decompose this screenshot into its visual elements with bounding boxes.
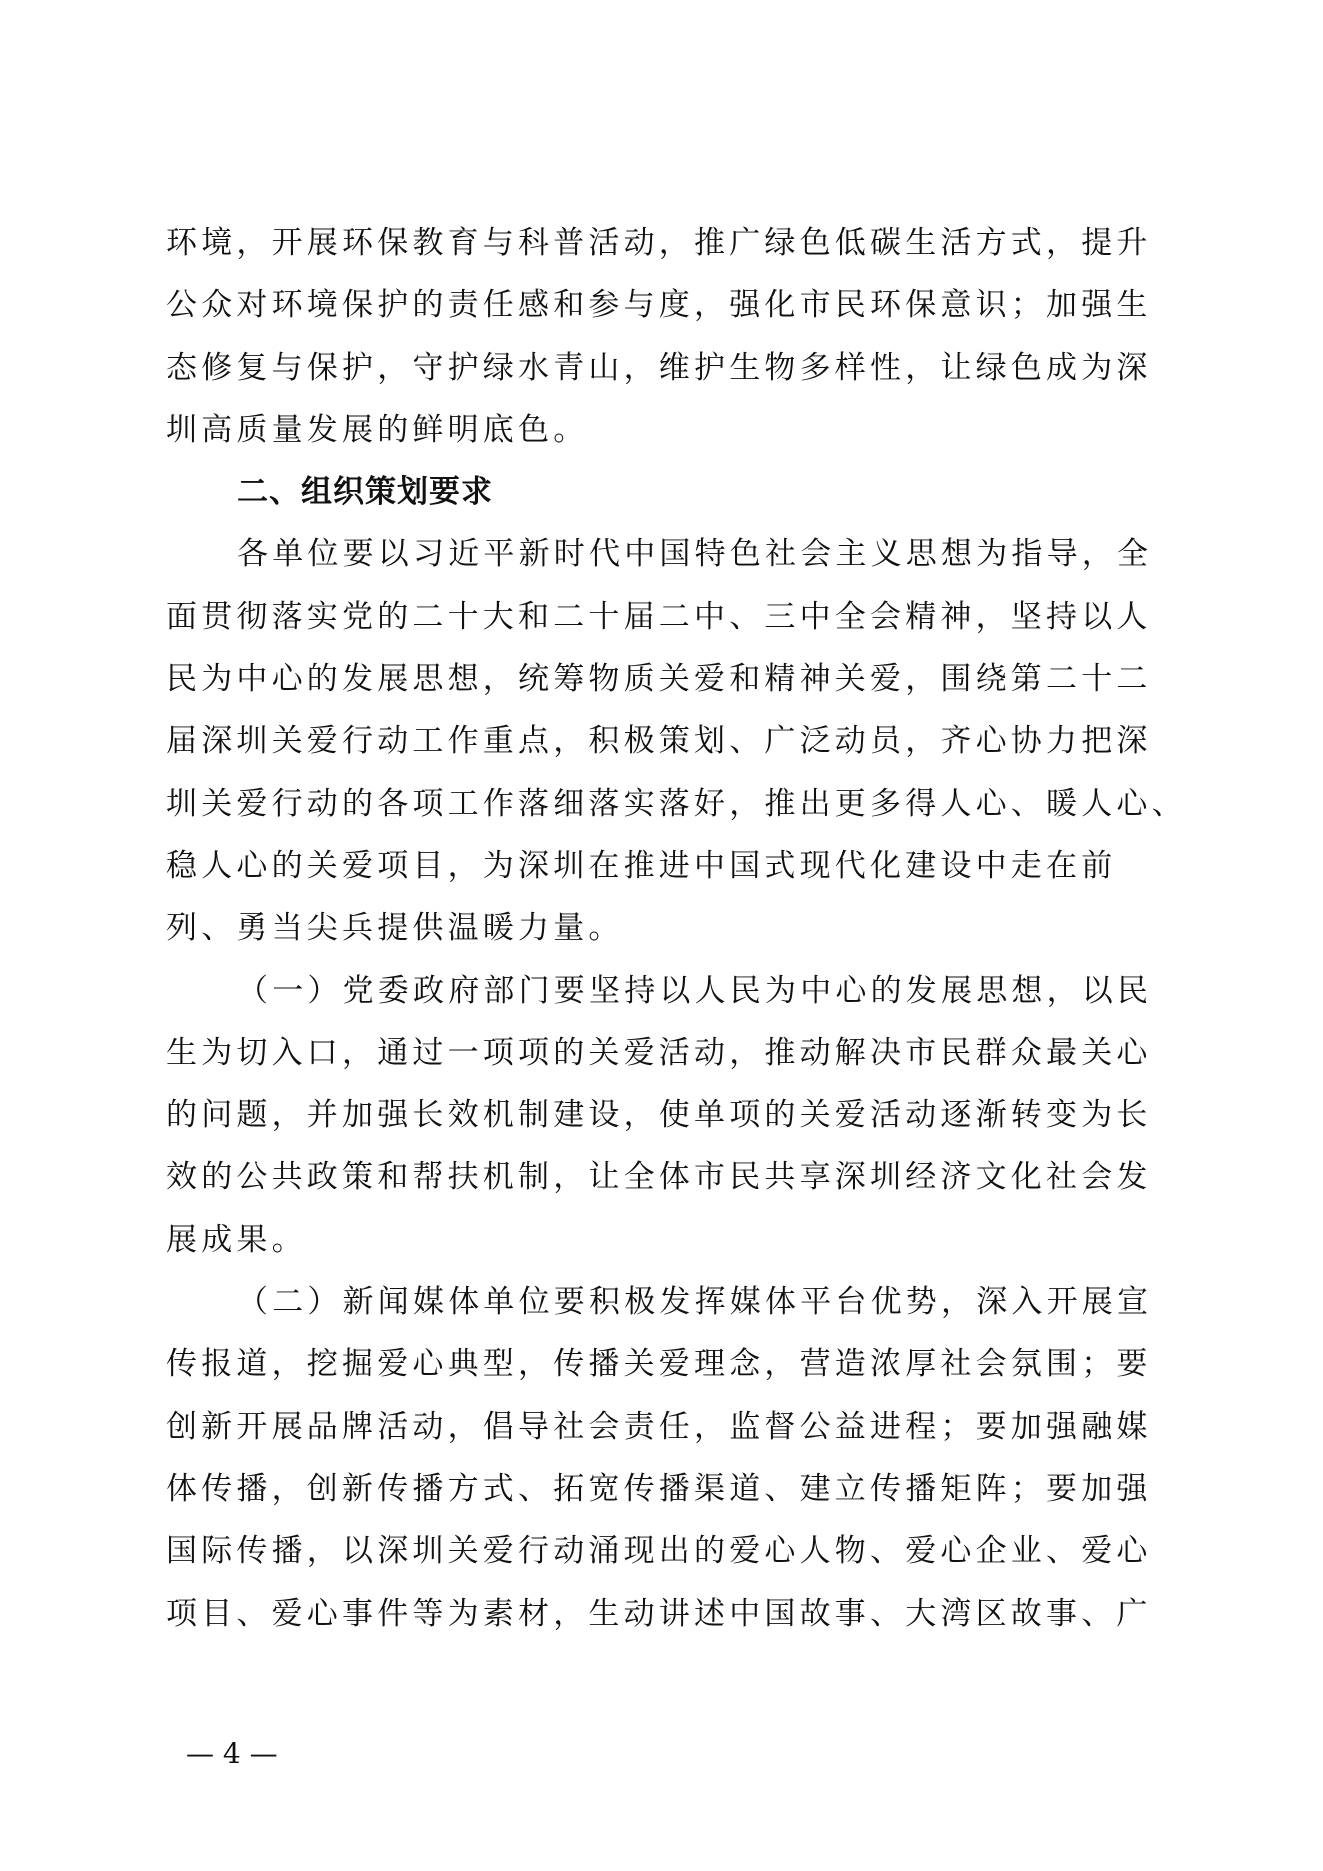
list-item-2-line: 创新开展品牌活动，倡导社会责任，监督公益进程；要加强融媒 [166,1396,1162,1458]
list-item-2-line: 国际传播，以深圳关爱行动涌现出的爱心人物、爱心企业、爱心 [166,1520,1162,1582]
paragraph-line: 公众对环境保护的责任感和参与度，强化市民环保意识；加强生 [166,274,1162,336]
paragraph-line: 环境，开展环保教育与科普活动，推广绿色低碳生活方式，提升 [166,212,1162,274]
document-page: 环境，开展环保教育与科普活动，推广绿色低碳生活方式，提升 公众对环境保护的责任感… [166,212,1162,1645]
paragraph-line: 态修复与保护，守护绿水青山，维护生物多样性，让绿色成为深 [166,337,1162,399]
paragraph-line: 面贯彻落实党的二十大和二十届二中、三中全会精神，坚持以人 [166,586,1162,648]
paragraph-line: 稳人心的关爱项目，为深圳在推进中国式现代化建设中走在前 [166,835,1162,897]
paragraph-line: 届深圳关爱行动工作重点，积极策划、广泛动员，齐心协力把深 [166,710,1162,772]
list-item-2-line: （二）新闻媒体单位要积极发挥媒体平台优势，深入开展宣 [166,1271,1162,1333]
paragraph-line: 各单位要以习近平新时代中国特色社会主义思想为指导，全 [166,523,1162,585]
list-item-1-line: 生为切入口，通过一项项的关爱活动，推动解决市民群众最关心 [166,1022,1162,1084]
list-item-1-line: （一）党委政府部门要坚持以人民为中心的发展思想，以民 [166,960,1162,1022]
section-heading: 二、组织策划要求 [166,461,1162,523]
list-item-1-line: 的问题，并加强长效机制建设，使单项的关爱活动逐渐转变为长 [166,1084,1162,1146]
list-item-2-line: 传报道，挖掘爱心典型，传播关爱理念，营造浓厚社会氛围；要 [166,1333,1162,1395]
paragraph-line: 圳高质量发展的鲜明底色。 [166,399,1162,461]
paragraph-line: 圳关爱行动的各项工作落细落实落好，推出更多得人心、暖人心、 [166,773,1162,835]
paragraph-line: 民为中心的发展思想，统筹物质关爱和精神关爱，围绕第二十二 [166,648,1162,710]
list-item-1-line: 效的公共政策和帮扶机制，让全体市民共享深圳经济文化社会发 [166,1146,1162,1208]
list-item-2-line: 项目、爱心事件等为素材，生动讲述中国故事、大湾区故事、广 [166,1583,1162,1645]
paragraph-line: 列、勇当尖兵提供温暖力量。 [166,897,1162,959]
list-item-2-line: 体传播，创新传播方式、拓宽传播渠道、建立传播矩阵；要加强 [166,1458,1162,1520]
list-item-1-line: 展成果。 [166,1209,1162,1271]
page-number: — 4 — [186,1737,278,1770]
